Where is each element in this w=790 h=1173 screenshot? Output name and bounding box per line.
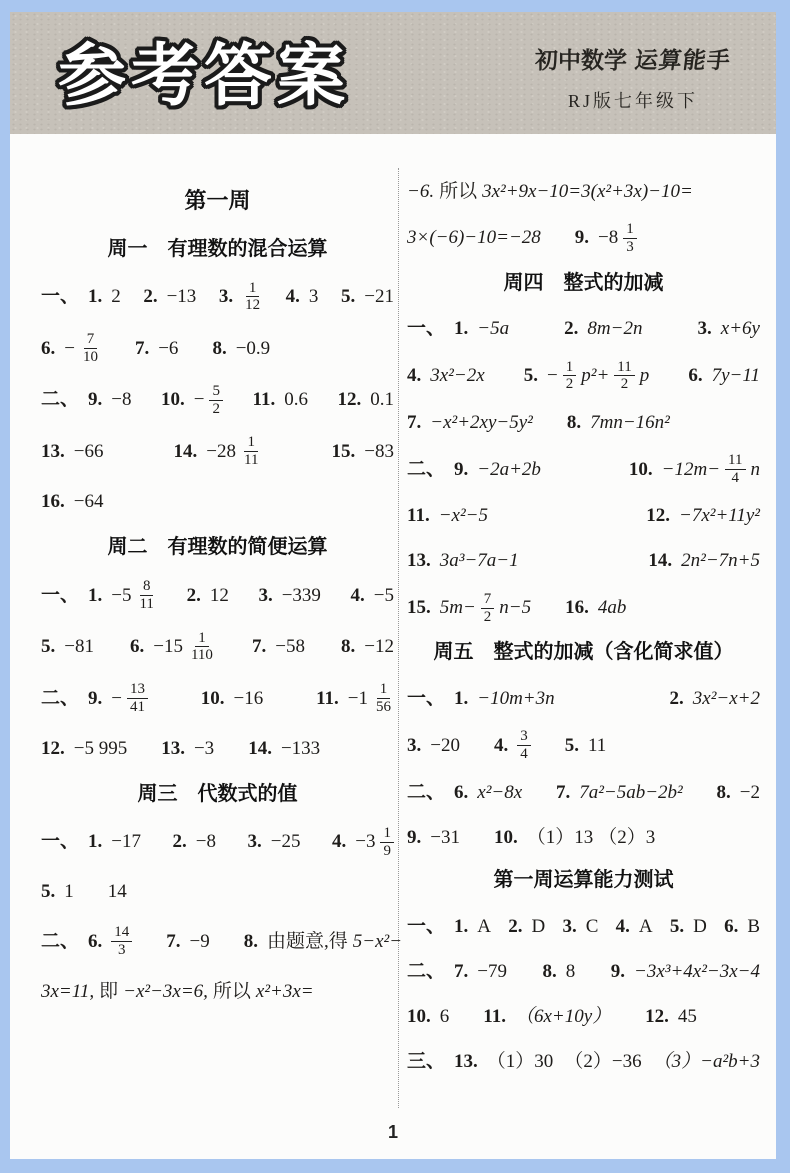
section-heading: 周一 有理数的混合运算: [41, 236, 394, 263]
answer-item: 一、1.−5811: [41, 578, 157, 613]
answer-line: 11.−x²−512.−7x²+11y²: [407, 501, 760, 532]
answer-text: −5: [374, 583, 394, 609]
answer-text: p: [640, 363, 650, 389]
answer-text: 7y−11: [712, 363, 760, 389]
answer-item: 13.−3: [161, 736, 214, 762]
item-number: 4.: [494, 733, 508, 759]
fraction-numerator: 1: [195, 630, 209, 648]
fraction: 114: [725, 452, 745, 487]
answer-item: 8.−0.9: [212, 336, 270, 362]
item-number: 7.: [166, 929, 180, 955]
fraction-denominator: 4: [517, 746, 531, 763]
answer-line: 二、6.x²−8x7.7a²−5ab−2b²8.−2: [407, 777, 760, 808]
item-number: 10.: [407, 1004, 431, 1030]
fraction-numerator: 1: [380, 825, 394, 843]
answer-item: 13.3a³−7a−1: [407, 548, 519, 574]
answer-text: −81: [64, 634, 94, 660]
answer-line: 二、9.−2a+2b10.−12m−114n: [407, 452, 760, 487]
answer-item: 6.B: [724, 914, 760, 940]
fraction-denominator: 2: [618, 376, 632, 393]
answer-item: 6.−151110: [130, 630, 216, 665]
answer-item: 4.34: [494, 728, 531, 763]
fraction-denominator: 2: [209, 401, 223, 418]
workbook-answer-page: 参考答案 初中数学运算能手 RJ版七年级下 第一周周一 有理数的混合运算一、1.…: [0, 0, 790, 1173]
answer-text: −6.: [407, 179, 434, 205]
item-number: 1.: [454, 316, 468, 342]
answer-line: 15.5m−72n−516.4ab: [407, 591, 760, 626]
answer-text: n−5: [499, 595, 531, 621]
item-number: 6.: [724, 914, 738, 940]
item-number: 二、: [41, 929, 79, 955]
fraction: 52: [209, 383, 223, 418]
answer-item: 3.−20: [407, 733, 460, 759]
fraction-numerator: 1: [244, 434, 258, 452]
item-number: 7.: [135, 336, 149, 362]
answer-text: 由题意,得: [267, 929, 348, 955]
answer-line: 13.3a³−7a−114.2n²−7n+5: [407, 546, 760, 577]
item-number: 二、: [407, 959, 445, 985]
item-number: 4.: [351, 583, 365, 609]
answer-text: A: [639, 914, 653, 940]
answer-item: 7.−6: [135, 336, 178, 362]
answer-text: （1）13: [527, 825, 594, 851]
answer-item: 5.−12p²+112p: [524, 359, 649, 394]
section-heading: 周二 有理数的简便运算: [41, 534, 394, 561]
fraction: 811: [136, 578, 156, 613]
answer-item: 一、1.−5a: [407, 316, 509, 342]
answer-text: −15: [153, 634, 183, 660]
answer-line: −6.所以3x²+9x−10=3(x²+3x)−10=: [407, 176, 760, 207]
answer-item: 14.−133: [248, 736, 320, 762]
fraction: 19: [380, 825, 394, 860]
item-number: 6.: [88, 929, 102, 955]
answer-line: 一、1.−10m+3n2.3x²−x+2: [407, 683, 760, 714]
answer-item: （2）−36: [564, 1049, 641, 1075]
answer-text: −66: [74, 439, 104, 465]
answer-text: D: [531, 914, 545, 940]
item-number: 11.: [253, 387, 276, 413]
section-heading: 周三 代数式的值: [41, 781, 394, 808]
answer-text: 5−x²−: [353, 929, 402, 955]
item-number: 9.: [407, 825, 421, 851]
answer-text: −339: [282, 583, 321, 609]
answer-text: 11: [588, 733, 606, 759]
answer-text: −28: [206, 439, 236, 465]
answer-text: −10m+3n: [477, 686, 554, 712]
answer-text: −: [64, 336, 75, 362]
answer-text: 1: [64, 879, 74, 905]
answer-text: −5a: [477, 316, 509, 342]
answer-item: 10.6: [407, 1004, 449, 1030]
item-number: 5.: [565, 733, 579, 759]
answer-line: 12.−5 99513.−314.−133: [41, 733, 394, 764]
answer-item: 4.3x²−2x: [407, 363, 485, 389]
answers-content: 第一周周一 有理数的混合运算一、1.22.−133.1124.35.−216.−…: [10, 134, 776, 1159]
answer-item: 14.2n²−7n+5: [648, 548, 760, 574]
fraction: 34: [517, 728, 531, 763]
item-number: 11.: [407, 503, 430, 529]
answer-text: 3a³−7a−1: [440, 548, 519, 574]
answer-text: 所以: [439, 179, 477, 205]
answer-text: 45: [678, 1004, 697, 1030]
answer-text: 2n²−7n+5: [681, 548, 760, 574]
answer-item: 8.−2: [717, 780, 760, 806]
answer-text: −2a+2b: [477, 457, 541, 483]
item-number: 一、: [41, 583, 79, 609]
fraction: 710: [80, 331, 101, 366]
answer-text: 3x²−x+2: [693, 686, 760, 712]
item-number: 2.: [670, 686, 684, 712]
item-number: 4.: [332, 829, 346, 855]
answer-item: 5.11: [565, 733, 607, 759]
item-number: 4.: [407, 363, 421, 389]
answer-item: 10.−52: [161, 383, 223, 418]
answer-text: −8: [196, 829, 216, 855]
item-number: 12.: [646, 503, 670, 529]
answer-line: 一、1.−5a2.8m−2n3.x+6y: [407, 314, 760, 345]
brand-edition: RJ版七年级下: [508, 87, 758, 113]
fraction: 1110: [188, 630, 216, 665]
answer-text: （3）−a²b+3: [653, 1049, 760, 1075]
answer-item: 2.12: [187, 583, 229, 609]
answer-text: −2: [740, 780, 760, 806]
answer-item: 11.0.6: [253, 387, 308, 413]
item-number: 5.: [41, 879, 55, 905]
item-number: 3.: [562, 914, 576, 940]
page-number: 1: [10, 1122, 776, 1143]
answer-text: 0.1: [370, 387, 394, 413]
item-number: 5.: [524, 363, 538, 389]
answer-text: −12: [364, 634, 394, 660]
answer-text: x+6y: [721, 316, 760, 342]
item-number: 1.: [454, 914, 468, 940]
answer-item: 3.−25: [248, 829, 301, 855]
fraction: 13: [623, 221, 637, 256]
item-number: 10.: [161, 387, 185, 413]
answer-text: −20: [430, 733, 460, 759]
answer-item: 二、9.−1341: [41, 681, 148, 716]
answer-item: 12.−5 995: [41, 736, 127, 762]
item-number: 2.: [187, 583, 201, 609]
answer-text: 即: [99, 979, 118, 1005]
answer-text: D: [693, 914, 707, 940]
item-number: 10.: [201, 686, 225, 712]
item-number: 8.: [567, 410, 581, 436]
answer-item: 三、13.（1）30: [407, 1049, 553, 1075]
item-number: 二、: [407, 780, 445, 806]
answer-line: 二、7.−798.89.−3x³+4x²−3x−4: [407, 956, 760, 987]
answer-text: −: [194, 387, 205, 413]
answer-line: 7.−x²+2xy−5y²8.7mn−16n²: [407, 407, 760, 438]
answer-item: 9.−31: [407, 825, 460, 851]
item-number: 6.: [130, 634, 144, 660]
answer-item: 2.8m−2n: [564, 316, 642, 342]
answer-item: 5.1: [41, 879, 74, 905]
answer-item: 12.0.1: [338, 387, 395, 413]
item-number: 1.: [88, 583, 102, 609]
item-number: 16.: [565, 595, 589, 621]
answer-text: 0.6: [284, 387, 308, 413]
fraction-denominator: 11: [136, 596, 156, 613]
fraction-denominator: 3: [623, 239, 637, 256]
fraction-numerator: 1: [623, 221, 637, 239]
item-number: 15.: [332, 439, 356, 465]
answer-text: B: [747, 914, 760, 940]
fraction-numerator: 13: [127, 681, 148, 699]
answer-text: −3: [194, 736, 214, 762]
answer-text: n: [751, 457, 761, 483]
fraction-denominator: 41: [127, 699, 148, 716]
fraction-denominator: 12: [242, 297, 263, 314]
fraction-denominator: 2: [563, 376, 577, 393]
answer-text: 8: [566, 959, 576, 985]
answer-line: 3.−204.345.11: [407, 728, 760, 763]
answer-item: 3x=11,即−x²−3x=6,所以x²+3x=: [41, 979, 314, 1005]
fraction-numerator: 1: [377, 681, 391, 699]
answer-item: −6.所以3x²+9x−10=3(x²+3x)−10=: [407, 179, 693, 205]
item-number: 4.: [616, 914, 630, 940]
fraction: 72: [481, 591, 495, 626]
answer-text: −x²+2xy−5y²: [430, 410, 533, 436]
answer-item: （3）−a²b+3: [653, 1049, 760, 1075]
answer-text: −6: [158, 336, 178, 362]
answer-line: 5.−816.−1511107.−588.−12: [41, 630, 394, 665]
answer-item: 3×(−6)−10=−28: [407, 225, 541, 251]
item-number: 7.: [252, 634, 266, 660]
section-heading: 周四 整式的加减: [407, 270, 760, 297]
answer-text: 4ab: [598, 595, 627, 621]
item-number: 一、: [407, 316, 445, 342]
answer-text: A: [477, 914, 491, 940]
item-number: 2.: [508, 914, 522, 940]
answer-item: 10.（1）13（2）3: [494, 825, 655, 851]
answer-line: 16.−64: [41, 486, 394, 517]
answer-text: 8m−2n: [587, 316, 642, 342]
answer-text: −: [547, 363, 558, 389]
answer-text: 3: [309, 284, 319, 310]
fraction: 112: [614, 359, 634, 394]
answer-text: −31: [430, 825, 460, 851]
answer-text: （1）30: [487, 1049, 554, 1075]
answer-item: 一、1.2: [41, 284, 121, 310]
answer-line: 一、1.−172.−83.−254.−319: [41, 825, 394, 860]
answer-item: 10.−16: [201, 686, 263, 712]
answer-item: 5.−21: [341, 284, 394, 310]
answer-item: 14.−28111: [174, 434, 262, 469]
answer-text: −5 995: [74, 736, 127, 762]
answer-text: （2）−36: [564, 1049, 641, 1075]
fraction-numerator: 5: [209, 383, 223, 401]
answer-item: 16.−64: [41, 489, 103, 515]
answer-text: −21: [364, 284, 394, 310]
answer-text: −83: [364, 439, 394, 465]
answer-item: 11.−x²−5: [407, 503, 488, 529]
answer-line: 二、9.−810.−5211.0.612.0.1: [41, 383, 394, 418]
item-number: 一、: [407, 914, 445, 940]
item-number: 6.: [454, 780, 468, 806]
answer-text: −5: [111, 583, 131, 609]
fraction-numerator: 7: [481, 591, 495, 609]
item-number: 2.: [564, 316, 578, 342]
answer-line: 二、9.−134110.−1611.−1156: [41, 681, 394, 716]
answer-item: 8.由题意,得5−x²−: [244, 929, 402, 955]
item-number: 6.: [41, 336, 55, 362]
answer-text: −3x³+4x²−3x−4: [634, 959, 760, 985]
answer-item: 二、9.−2a+2b: [407, 457, 541, 483]
item-number: 2.: [173, 829, 187, 855]
fraction: 112: [242, 280, 263, 315]
answer-item: 6.7y−11: [688, 363, 760, 389]
item-number: 9.: [611, 959, 625, 985]
item-number: 一、: [41, 829, 79, 855]
item-number: 5.: [670, 914, 684, 940]
item-number: 11.: [316, 686, 339, 712]
answer-text: 5m−: [440, 595, 476, 621]
item-number: 2.: [143, 284, 157, 310]
item-number: 12.: [645, 1004, 669, 1030]
item-number: 二、: [41, 387, 79, 413]
answer-line: 9.−3110.（1）13（2）3: [407, 822, 760, 853]
item-number: 3.: [258, 583, 272, 609]
answer-item: 7.−x²+2xy−5y²: [407, 410, 533, 436]
fraction: 143: [111, 924, 132, 959]
item-number: 9.: [88, 387, 102, 413]
item-number: 一、: [41, 284, 79, 310]
fraction-denominator: 2: [481, 609, 495, 626]
item-number: 14.: [648, 548, 672, 574]
answer-item: 2.−13: [143, 284, 196, 310]
item-number: 10.: [629, 457, 653, 483]
fraction: 111: [241, 434, 261, 469]
week-heading: 第一周: [41, 186, 394, 216]
answer-line: 6.−7107.−68.−0.9: [41, 331, 394, 366]
item-number: 三、: [407, 1049, 445, 1075]
answer-item: 二、6.143: [41, 924, 132, 959]
answer-line: 3x=11,即−x²−3x=6,所以x²+3x=: [41, 976, 394, 1007]
answer-text: 14: [108, 879, 127, 905]
fraction-numerator: 1: [246, 280, 260, 298]
answer-item: 二、9.−8: [41, 387, 131, 413]
answer-item: 3.x+6y: [698, 316, 760, 342]
answer-text: −: [111, 686, 122, 712]
answer-item: 2.3x²−x+2: [670, 686, 760, 712]
answer-text: 所以: [213, 979, 251, 1005]
fraction-numerator: 14: [111, 924, 132, 942]
item-number: 8.: [543, 959, 557, 985]
answer-item: 2.−8: [173, 829, 216, 855]
answer-text: −16: [234, 686, 264, 712]
fraction-denominator: 10: [80, 349, 101, 366]
answer-item: 11.（6x+10y）: [483, 1004, 611, 1030]
item-number: 3.: [219, 284, 233, 310]
answer-text: −8: [111, 387, 131, 413]
fraction: 12: [563, 359, 577, 394]
answer-text: 3x²+9x−10=3(x²+3x)−10=: [482, 179, 693, 205]
brand-block: 初中数学运算能手 RJ版七年级下: [508, 42, 758, 113]
answer-text: −133: [281, 736, 320, 762]
fraction-numerator: 7: [84, 331, 98, 349]
answer-item: 2.D: [508, 914, 545, 940]
right-column: −6.所以3x²+9x−10=3(x²+3x)−10=3×(−6)−10=−28…: [407, 176, 760, 1091]
answer-text: −12m−: [662, 457, 720, 483]
answer-line: 一、1.−58112.123.−3394.−5: [41, 578, 394, 613]
item-number: 13.: [41, 439, 65, 465]
brand-series-line: 初中数学运算能手: [508, 42, 758, 75]
answer-item: 15.−83: [332, 439, 394, 465]
answer-text: −17: [111, 829, 141, 855]
answer-text: 2: [111, 284, 121, 310]
answer-item: 9.−3x³+4x²−3x−4: [611, 959, 760, 985]
item-number: 7.: [454, 959, 468, 985]
answer-item: 4.−5: [351, 583, 394, 609]
section-heading: 第一周运算能力测试: [407, 867, 760, 894]
answer-item: 7.7a²−5ab−2b²: [556, 780, 683, 806]
item-number: 5.: [341, 284, 355, 310]
answer-text: C: [586, 914, 599, 940]
item-number: 12.: [41, 736, 65, 762]
answer-text: 7mn−16n²: [590, 410, 670, 436]
answer-item: 4.−319: [332, 825, 394, 860]
answer-line: 4.3x²−2x5.−12p²+112p6.7y−11: [407, 359, 760, 394]
answer-item: 6.−710: [41, 331, 101, 366]
item-number: 10.: [494, 825, 518, 851]
answer-item: 8.−12: [341, 634, 394, 660]
answer-item: 12.45: [645, 1004, 697, 1030]
answer-text: −58: [275, 634, 305, 660]
item-number: 1.: [454, 686, 468, 712]
fraction-numerator: 8: [140, 578, 154, 596]
fraction-denominator: 4: [729, 470, 743, 487]
item-number: 14.: [174, 439, 198, 465]
answer-text: 12: [210, 583, 229, 609]
answer-text: −0.9: [236, 336, 270, 362]
answer-text: −9: [190, 929, 210, 955]
answer-text: 7a²−5ab−2b²: [579, 780, 683, 806]
section-heading: 周五 整式的加减（含化简求值）: [407, 639, 760, 666]
item-number: 11.: [483, 1004, 506, 1030]
answer-text: 3x=11,: [41, 979, 94, 1005]
answer-text: x²+3x=: [256, 979, 314, 1005]
item-number: 14.: [248, 736, 272, 762]
item-number: 9.: [575, 225, 589, 251]
fraction-denominator: 56: [373, 699, 394, 716]
answer-item: 7.−58: [252, 634, 305, 660]
scanned-paper: 参考答案 初中数学运算能手 RJ版七年级下 第一周周一 有理数的混合运算一、1.…: [10, 12, 776, 1159]
fraction: 1341: [127, 681, 148, 716]
fraction-numerator: 11: [725, 452, 745, 470]
answer-item: 4.3: [286, 284, 319, 310]
item-number: 一、: [407, 686, 445, 712]
item-number: 12.: [338, 387, 362, 413]
answer-item: 3.112: [219, 280, 263, 315]
answer-item: 一、1.−10m+3n: [407, 686, 555, 712]
page-title: 参考答案: [58, 22, 350, 119]
answer-item: 15.5m−72n−5: [407, 591, 531, 626]
item-number: 8.: [341, 634, 355, 660]
answer-item: 3.C: [562, 914, 598, 940]
item-number: 13.: [161, 736, 185, 762]
item-number: 13.: [454, 1049, 478, 1075]
answer-item: 3.−339: [258, 583, 320, 609]
item-number: 15.: [407, 595, 431, 621]
answer-line: 三、13.（1）30（2）−36（3）−a²b+3: [407, 1046, 760, 1077]
answer-text: −8: [598, 225, 618, 251]
item-number: 3.: [407, 733, 421, 759]
answer-text: −64: [74, 489, 104, 515]
item-number: 9.: [454, 457, 468, 483]
item-number: 8.: [717, 780, 731, 806]
answer-item: 一、1.−17: [41, 829, 141, 855]
